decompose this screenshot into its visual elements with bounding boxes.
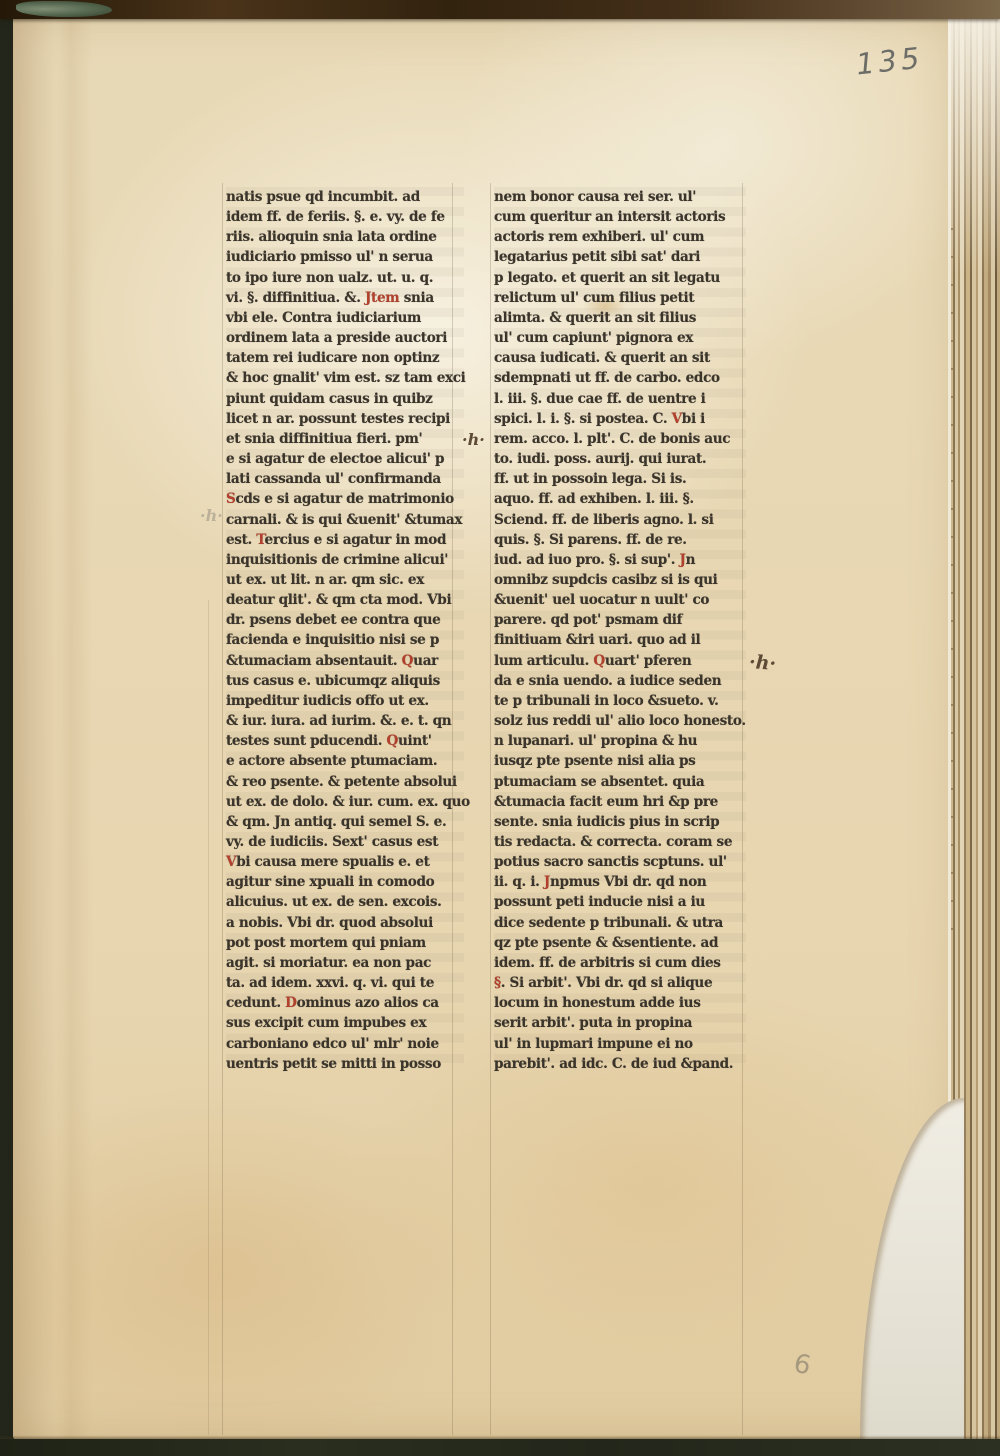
manuscript-text-line: p legato. et querit an sit legatu (494, 268, 746, 288)
manuscript-text-line: solz ius reddi ul' alio loco honesto. (494, 711, 746, 731)
manuscript-text-line: riis. alioquin snia lata ordine (226, 227, 464, 247)
manuscript-text-line: tis redacta. & correcta. coram se (494, 832, 746, 852)
manuscript-text-line: carnali. & is qui &uenit' &tumax (226, 510, 464, 530)
manuscript-text-line: possunt peti inducie nisi a iu (494, 892, 746, 912)
manuscript-text-line: iusqz pte psente nisi alia ps (494, 751, 746, 771)
manuscript-text-line: tus casus e. ubicumqz aliquis (226, 671, 464, 691)
manuscript-text-line: inquisitionis de crimine alicui' (226, 550, 464, 570)
manuscript-text-line: vi. §. diffinitiua. &. Jtem snia (226, 288, 464, 308)
manuscript-text-line: potius sacro sanctis scptuns. ul' (494, 852, 746, 872)
manuscript-text-line: &tumacia facit eum hri &p pre (494, 792, 746, 812)
manuscript-text-line: cedunt. Dominus azo alios ca (226, 993, 464, 1013)
text-column-left: natis psue qd incumbit. adidem ff. de fe… (226, 187, 464, 1074)
manuscript-text-line: est. Tercius e si agatur in mod (226, 530, 464, 550)
manuscript-text-line: testes sunt pducendi. Quint' (226, 731, 464, 751)
manuscript-text-line: legatarius petit sibi sat' dari (494, 247, 746, 267)
manuscript-text-line: natis psue qd incumbit. ad (226, 187, 464, 207)
manuscript-text-line: piunt quidam casus in quibz (226, 389, 464, 409)
manuscript-text-line: ordinem lata a preside auctori (226, 328, 464, 348)
manuscript-text-line: ptumaciam se absentet. quia (494, 772, 746, 792)
manuscript-text-line: agitur sine xpuali in comodo (226, 872, 464, 892)
manuscript-text-line: lati cassanda ul' confirmanda (226, 469, 464, 489)
manuscript-text-line: ff. ut in possoin lega. Si is. (494, 469, 746, 489)
manuscript-text-line: dr. psens debet ee contra que (226, 610, 464, 630)
manuscript-text-line: causa iudicati. & querit an sit (494, 348, 746, 368)
manuscript-text-line: ul' in lupmari impune ei no (494, 1034, 746, 1054)
manuscript-text-line: n lupanari. ul' propina & hu (494, 731, 746, 751)
manuscript-text-line: parebit'. ad idc. C. de iud &pand. (494, 1054, 746, 1074)
manuscript-text-line: actoris rem exhiberi. ul' cum (494, 227, 746, 247)
manuscript-text-line: vy. de iudiciis. Sext' casus est (226, 832, 464, 852)
manuscript-text-line: cum queritur an intersit actoris (494, 207, 746, 227)
manuscript-text-line: ul' cum capiunt' pignora ex (494, 328, 746, 348)
manuscript-text-line: & reo psente. & petente absolui (226, 772, 464, 792)
manuscript-text-line: uentris petit se mitti in posso (226, 1054, 464, 1074)
manuscript-text-line: te p tribunali in loco &sueto. v. (494, 691, 746, 711)
manuscript-text-line: finitiuam &iri uari. quo ad il (494, 630, 746, 650)
book-binding-top-edge (0, 0, 1000, 19)
manuscript-text-line: Vbi causa mere spualis e. et (226, 852, 464, 872)
manuscript-text-line: a nobis. Vbi dr. quod absolui (226, 913, 464, 933)
fore-edge-highlight (948, 14, 1000, 274)
manuscript-text-line: ii. q. i. Jnpmus Vbi dr. qd non (494, 872, 746, 892)
manuscript-text-line: qz pte psente & &sentiente. ad (494, 933, 746, 953)
manuscript-text-line: alicuius. ut ex. de sen. excois. (226, 892, 464, 912)
manuscript-text-line: e si agatur de electoe alicui' p (226, 449, 464, 469)
margin-mark-between-columns: ·h· (462, 430, 485, 449)
manuscript-text-line: ut ex. de dolo. & iur. cum. ex. quo (226, 792, 464, 812)
manuscript-text-line: iudiciario pmisso ul' n serua (226, 247, 464, 267)
manuscript-text-line: aquo. ff. ad exhiben. l. iii. §. (494, 489, 746, 509)
manuscript-text-line: iud. ad iuo pro. §. si sup'. Jn (494, 550, 746, 570)
margin-mark-left: ·h· (200, 506, 223, 525)
folio-number: 135 (854, 41, 925, 82)
manuscript-text-line: §. Si arbit'. Vbi dr. qd si alique (494, 973, 746, 993)
manuscript-text-line: ta. ad idem. xxvi. q. vi. qui te (226, 973, 464, 993)
manuscript-text-line: & iur. iura. ad iurim. &. e. t. qn (226, 711, 464, 731)
manuscript-text-line: to ipo iure non ualz. ut. u. q. (226, 268, 464, 288)
ruling-line (222, 183, 223, 1435)
manuscript-text-line: Sciend. ff. de liberis agno. l. si (494, 510, 746, 530)
manuscript-text-line: quis. §. Si parens. ff. de re. (494, 530, 746, 550)
ruling-line (490, 183, 491, 1435)
manuscript-text-line: &tumaciam absentauit. Quar (226, 651, 464, 671)
manuscript-text-line: l. iii. §. due cae ff. de uentre i (494, 389, 746, 409)
manuscript-text-line: e actore absente ptumaciam. (226, 751, 464, 771)
manuscript-text-line: pot post mortem qui pniam (226, 933, 464, 953)
manuscript-text-line: relictum ul' cum filius petit (494, 288, 746, 308)
manuscript-text-line: deatur qlit'. & qm cta mod. Vbi (226, 590, 464, 610)
manuscript-text-line: parere. qd pot' psmam dif (494, 610, 746, 630)
manuscript-photo: 135 natis psue qd incumbit. adidem ff. d… (0, 0, 1000, 1456)
pricking-marks (951, 228, 953, 940)
manuscript-text-line: omnibz supdcis casibz si is qui (494, 570, 746, 590)
manuscript-text-line: locum in honestum adde ius (494, 993, 746, 1013)
manuscript-text-line: sdempnati ut ff. de carbo. edco (494, 368, 746, 388)
manuscript-text-line: sus excipit cum impubes ex (226, 1013, 464, 1033)
manuscript-text-line: carboniano edco ul' mlr' noie (226, 1034, 464, 1054)
manuscript-text-line: idem. ff. de arbitris si cum dies (494, 953, 746, 973)
book-bottom-edge (0, 1439, 1000, 1456)
manuscript-text-line: nem bonor causa rei ser. ul' (494, 187, 746, 207)
manuscript-text-line: Scds e si agatur de matrimonio (226, 489, 464, 509)
binding-ornament (16, 1, 112, 17)
manuscript-text-line: facienda e inquisitio nisi se p (226, 630, 464, 650)
manuscript-text-line: & qm. Jn antiq. qui semel S. e. (226, 812, 464, 832)
manuscript-text-line: to. iudi. poss. aurij. qui iurat. (494, 449, 746, 469)
ruling-line (208, 600, 209, 1435)
parchment-page (13, 17, 956, 1440)
manuscript-text-line: vbi ele. Contra iudiciarium (226, 308, 464, 328)
margin-mark-right: ·h· (748, 651, 777, 675)
manuscript-text-line: impeditur iudicis offo ut ex. (226, 691, 464, 711)
manuscript-text-line: lum articulu. Quart' pferen (494, 651, 746, 671)
manuscript-text-line: idem ff. de feriis. §. e. vy. de fe (226, 207, 464, 227)
manuscript-text-line: & hoc gnalit' vim est. sz tam exci (226, 368, 464, 388)
manuscript-text-line: &uenit' uel uocatur n uult' co (494, 590, 746, 610)
manuscript-text-line: ut ex. ut lit. n ar. qm sic. ex (226, 570, 464, 590)
manuscript-text-line: da e snia uendo. a iudice seden (494, 671, 746, 691)
manuscript-text-line: spici. l. i. §. si postea. C. Vbi i (494, 409, 746, 429)
manuscript-text-line: rem. acco. l. plt'. C. de bonis auc (494, 429, 746, 449)
text-column-right: nem bonor causa rei ser. ul'cum queritur… (494, 187, 746, 1074)
manuscript-text-line: agit. si moriatur. ea non pac (226, 953, 464, 973)
manuscript-text-line: sente. snia iudicis pius in scrip (494, 812, 746, 832)
manuscript-text-line: licet n ar. possunt testes recipi (226, 409, 464, 429)
manuscript-text-line: et snia diffinitiua fieri. pm' (226, 429, 464, 449)
manuscript-text-line: dice sedente p tribunali. & utra (494, 913, 746, 933)
manuscript-text-line: serit arbit'. puta in propina (494, 1013, 746, 1033)
manuscript-text-line: tatem rei iudicare non optinz (226, 348, 464, 368)
manuscript-text-line: alimta. & querit an sit filius (494, 308, 746, 328)
